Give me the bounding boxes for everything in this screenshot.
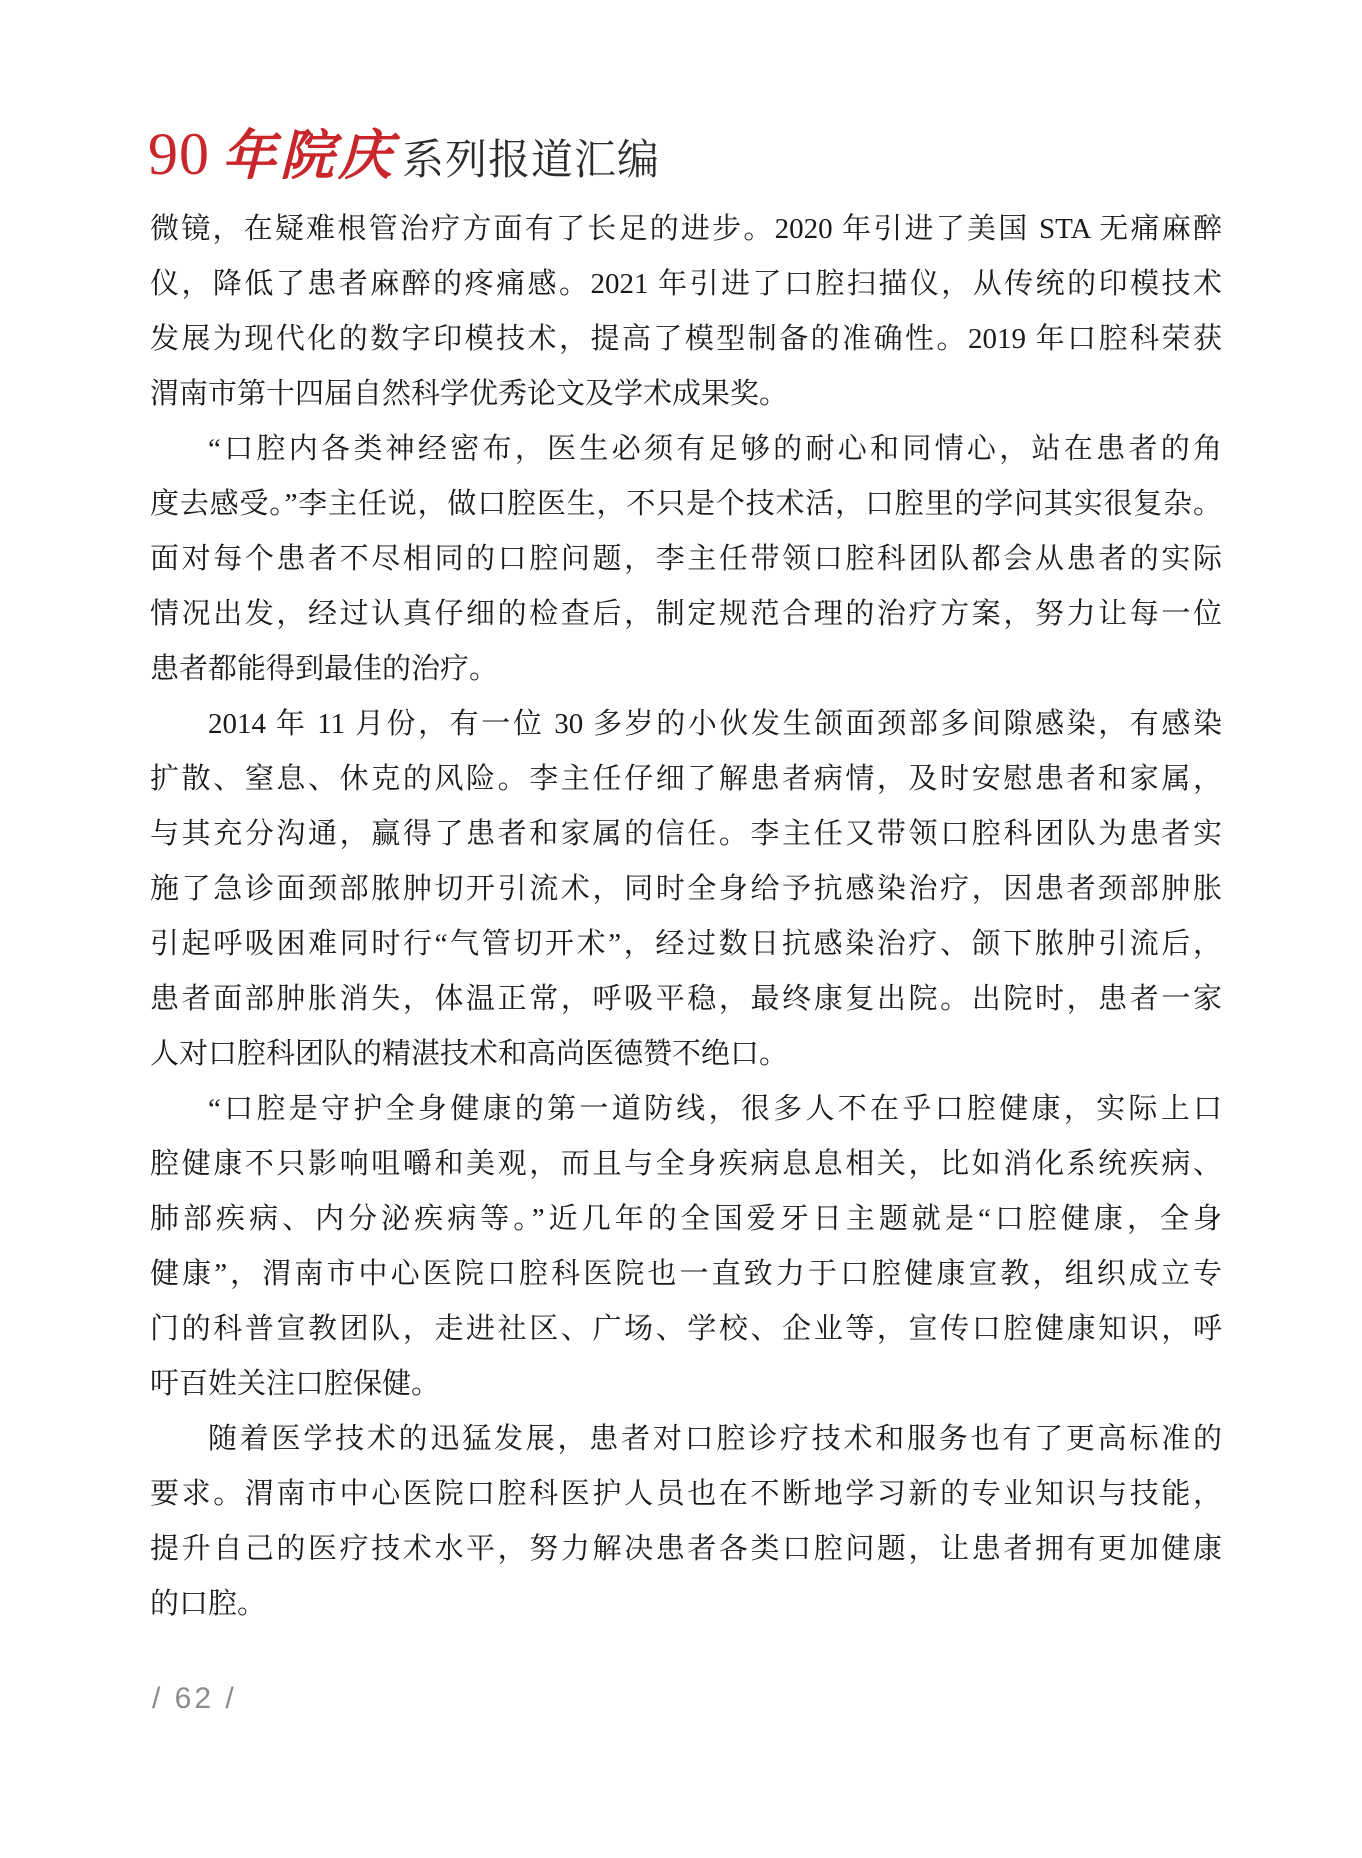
text-line: 要求。渭南市中心医院口腔科医护人员也在不断地学习新的专业知识与技能，: [150, 1467, 1222, 1522]
page-number: / 62 /: [152, 1682, 237, 1715]
text-line: 与其充分沟通，赢得了患者和家属的信任。李主任又带领口腔科团队为患者实: [150, 807, 1222, 862]
page-footer: / 62 /: [152, 1682, 237, 1716]
text-line: 肺部疾病、内分泌疾病等。”近几年的全国爱牙日主题就是“口腔健康，全身: [150, 1192, 1222, 1247]
text-line: 微镜，在疑难根管治疗方面有了长足的进步。2020 年引进了美国 STA 无痛麻醉: [150, 202, 1222, 257]
text-line: 人对口腔科团队的精湛技术和高尚医德赞不绝口。: [150, 1027, 1222, 1082]
text-line: 度去感受。”李主任说，做口腔医生，不只是个技术活，口腔里的学问其实很复杂。: [150, 477, 1222, 532]
text-line: 发展为现代化的数字印模技术，提高了模型制备的准确性。2019 年口腔科荣获: [150, 312, 1222, 367]
text-line: 门的科普宣教团队，走进社区、广场、学校、企业等，宣传口腔健康知识，呼: [150, 1302, 1222, 1357]
header-anniversary-number: 90: [148, 121, 210, 187]
text-line: 的口腔。: [150, 1577, 1222, 1632]
text-line: 情况出发，经过认真仔细的检查后，制定规范合理的治疗方案，努力让每一位: [150, 587, 1222, 642]
header-series-title: 系列报道汇编: [402, 136, 660, 183]
document-page: 90 年院庆 系列报道汇编 微镜，在疑难根管治疗方面有了长足的进步。2020 年…: [0, 0, 1362, 1858]
text-line: “口腔是守护全身健康的第一道防线，很多人不在乎口腔健康，实际上口: [150, 1082, 1222, 1137]
text-line: 患者面部肿胀消失，体温正常，呼吸平稳，最终康复出院。出院时，患者一家: [150, 972, 1222, 1027]
text-line: 渭南市第十四届自然科学优秀论文及学术成果奖。: [150, 367, 1222, 422]
header-anniversary-calligraphy: 年院庆: [222, 126, 396, 186]
text-line: 2014 年 11 月份，有一位 30 多岁的小伙发生颌面颈部多间隙感染，有感染: [150, 697, 1222, 752]
text-line: 健康”，渭南市中心医院口腔科医院也一直致力于口腔健康宣教，组织成立专: [150, 1247, 1222, 1302]
text-line: 施了急诊面颈部脓肿切开引流术，同时全身给予抗感染治疗，因患者颈部肿胀: [150, 862, 1222, 917]
page-header: 90 年院庆 系列报道汇编: [148, 118, 660, 196]
text-line: 扩散、窒息、休克的风险。李主任仔细了解患者病情，及时安慰患者和家属，: [150, 752, 1222, 807]
text-line: 患者都能得到最佳的治疗。: [150, 642, 1222, 697]
text-line: 提升自己的医疗技术水平，努力解决患者各类口腔问题，让患者拥有更加健康: [150, 1522, 1222, 1577]
text-line: 随着医学技术的迅猛发展，患者对口腔诊疗技术和服务也有了更高标准的: [150, 1412, 1222, 1467]
text-line: 吁百姓关注口腔保健。: [150, 1357, 1222, 1412]
text-line: 仪，降低了患者麻醉的疼痛感。2021 年引进了口腔扫描仪，从传统的印模技术: [150, 257, 1222, 312]
text-line: 引起呼吸困难同时行“气管切开术”，经过数日抗感染治疗、颌下脓肿引流后，: [150, 917, 1222, 972]
text-line: “口腔内各类神经密布，医生必须有足够的耐心和同情心，站在患者的角: [150, 422, 1222, 477]
text-line: 面对每个患者不尽相同的口腔问题，李主任带领口腔科团队都会从患者的实际: [150, 532, 1222, 587]
text-line: 腔健康不只影响咀嚼和美观，而且与全身疾病息息相关，比如消化系统疾病、: [150, 1137, 1222, 1192]
article-body: 微镜，在疑难根管治疗方面有了长足的进步。2020 年引进了美国 STA 无痛麻醉…: [150, 202, 1222, 1632]
